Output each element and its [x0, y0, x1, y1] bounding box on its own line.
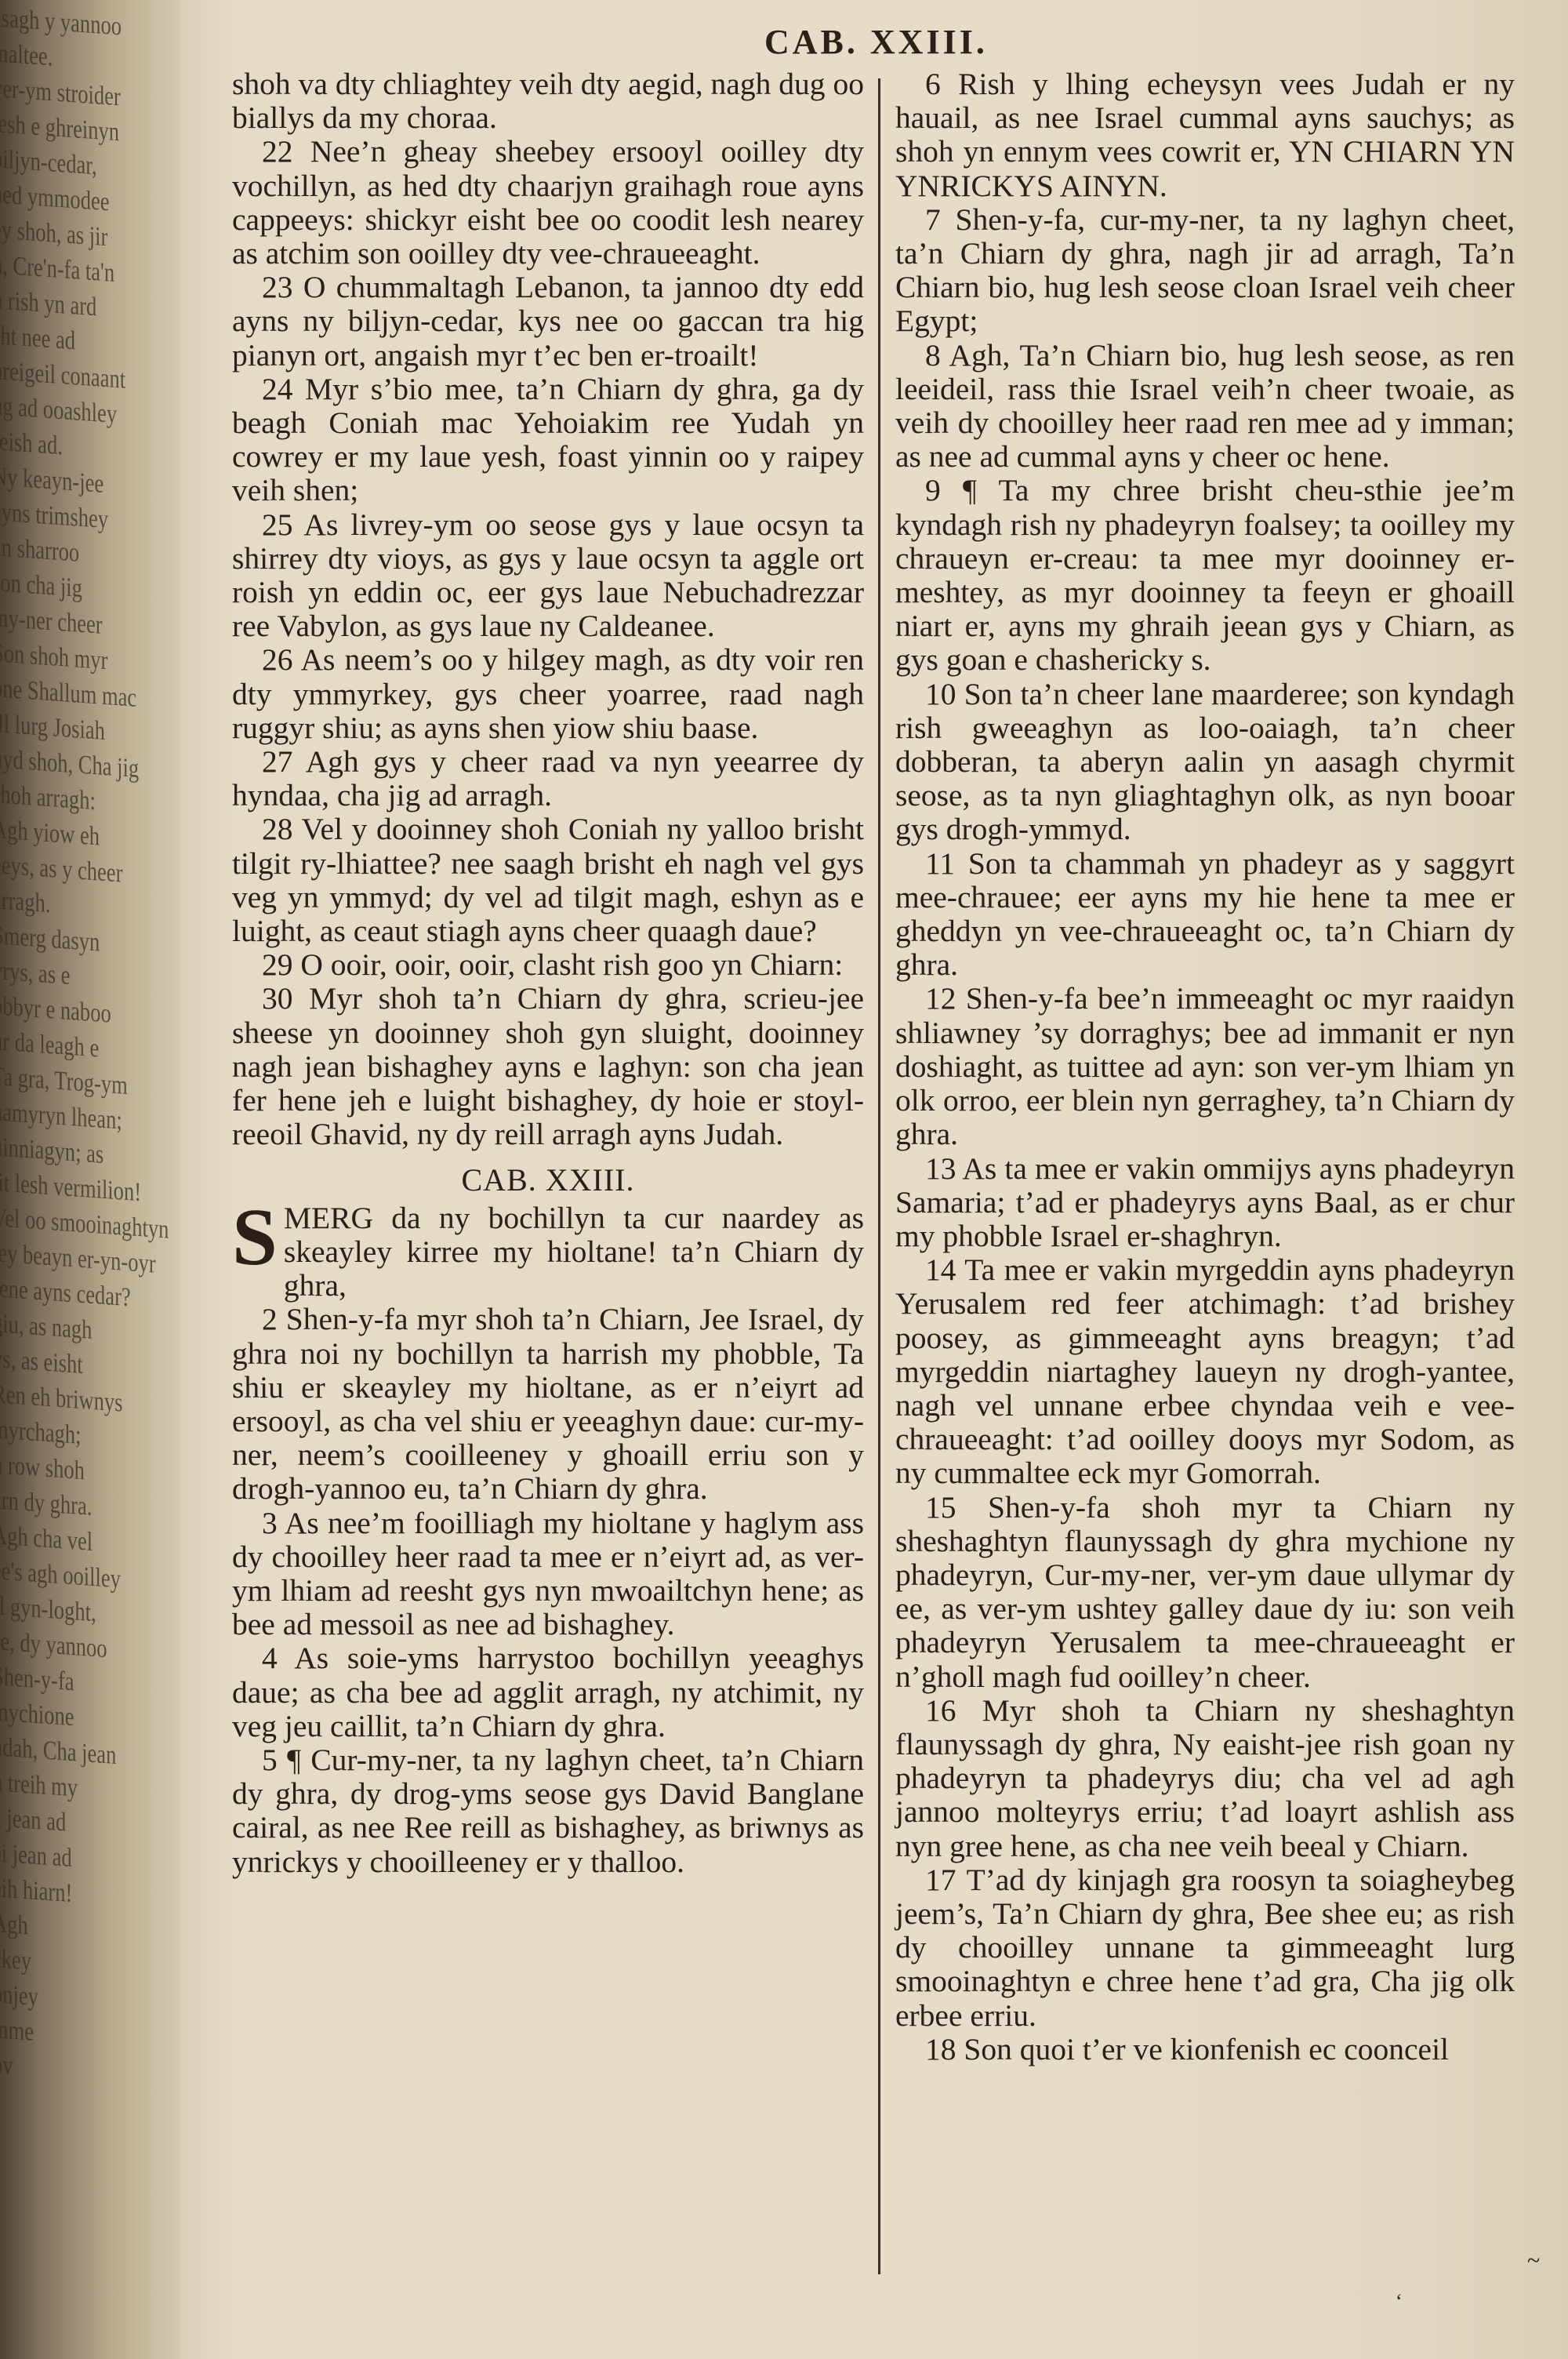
verse-number: 27 [262, 744, 293, 779]
verse-text: Ta mee er vakin myrgeddin ayns phadeyryn… [895, 1252, 1515, 1490]
verse-number: 8 [925, 338, 941, 373]
verse-text: Myr shoh ta’n Chiarn dy ghra, scrieu-jee… [232, 981, 864, 1151]
verse-text: MERG da ny bochillyn ta cur naardey as s… [284, 1201, 864, 1303]
verse: 26 As neem’s oo y hilgey magh, as dty vo… [232, 643, 864, 745]
verse-number: 24 [262, 372, 293, 406]
verse-text: As ta mee er vakin ommijys ayns phadeyry… [895, 1151, 1515, 1253]
verse-number: 26 [262, 642, 293, 677]
verse-text: As nee’m fooilliagh my hioltane y haglym… [232, 1506, 864, 1642]
verse-continuation: shoh va dty chliaghtey veih dty aegid, n… [232, 67, 864, 135]
verse-number: 9 [925, 473, 941, 507]
verse: 18 Son quoi t’er ve kionfenish ec coonce… [895, 2033, 1515, 2066]
verse: 27 Agh gys y cheer raad va nyn yeearree … [232, 745, 864, 812]
verse-number: 18 [925, 2032, 956, 2066]
verse-number: 23 [262, 270, 293, 304]
verse: 17 T’ad dy kinjagh gra roosyn ta soiaghe… [895, 1863, 1515, 2033]
verse-number: 12 [925, 981, 956, 1016]
verse-number: 4 [262, 1641, 278, 1675]
verse-text: Rish y lhing echeysyn vees Judah er ny h… [895, 67, 1515, 203]
verse: 3 As nee’m fooilliagh my hioltane y hagl… [232, 1507, 864, 1642]
verse-text: Son ta’n cheer lane maarderee; son kynda… [895, 677, 1515, 847]
drop-cap: S [232, 1205, 278, 1270]
verse-number: 10 [925, 677, 956, 711]
page-blemish: ‘ [1396, 2290, 1403, 2314]
verse: 8 Agh, Ta’n Chiarn bio, hug lesh seose, … [895, 339, 1515, 474]
verse: 25 As livrey-ym oo seose gys y laue ocsy… [232, 508, 864, 644]
verse-number: 15 [925, 1490, 956, 1525]
facing-page-text: asagh y yannoomaltee.ver-ym stroiderlesh… [0, 0, 139, 2092]
verse-number: 14 [925, 1252, 956, 1287]
verse-text: Son ta chammah yn phadeyr as y saggyrt m… [895, 846, 1515, 983]
verse: 28 Vel y dooinney shoh Coniah ny yalloo … [232, 812, 864, 948]
verse-number: 30 [262, 981, 293, 1016]
verse: 5 ¶ Cur-my-ner, ta ny laghyn cheet, ta’n… [232, 1743, 864, 1879]
verse-text: As livrey-ym oo seose gys y laue ocsyn t… [232, 507, 864, 644]
verse: 4 As soie-yms harrystoo bochillyn yeeagh… [232, 1641, 864, 1743]
verse-text: Myr shoh ta Chiarn ny sheshaghtyn flauny… [895, 1693, 1515, 1863]
right-column: 6 Rish y lhing echeysyn vees Judah er ny… [895, 67, 1515, 2066]
verse: 24 Myr s’bio mee, ta’n Chiarn dy ghra, g… [232, 373, 864, 508]
verse-number: 25 [262, 507, 293, 542]
verse-text: Nee’n gheay sheebey ersooyl ooilley dty … [232, 134, 864, 271]
verse-text: As soie-yms harrystoo bochillyn yeeaghys… [232, 1641, 864, 1743]
verse: 7 Shen-y-fa, cur-my-ner, ta ny laghyn ch… [895, 203, 1515, 339]
verse-text: Agh gys y cheer raad va nyn yeearree dy … [232, 744, 864, 812]
verse: 22 Nee’n gheay sheebey ersooyl ooilley d… [232, 135, 864, 271]
verse-number: 3 [262, 1506, 278, 1540]
verse-number: 5 [262, 1743, 278, 1777]
verse: 12 Shen-y-fa bee’n immeeaght oc myr raai… [895, 982, 1515, 1151]
verse: 2 Shen-y-fa myr shoh ta’n Chiarn, Jee Is… [232, 1303, 864, 1506]
verse-number: 13 [925, 1151, 956, 1186]
verse-number: 29 [262, 947, 293, 982]
verse-text: Shen-y-fa, cur-my-ner, ta ny laghyn chee… [895, 202, 1515, 339]
verse-text: Vel y dooinney shoh Coniah ny yalloo bri… [232, 812, 864, 948]
verse: 29 O ooir, ooir, ooir, clasht rish goo y… [232, 948, 864, 982]
verse-text: Agh, Ta’n Chiarn bio, hug lesh seose, as… [895, 338, 1515, 474]
verse-text: Son quoi t’er ve kionfenish ec coonceil [964, 2032, 1449, 2066]
verse-number: 16 [925, 1693, 956, 1728]
verse: 15 Shen-y-fa shoh myr ta Chiarn ny shesh… [895, 1491, 1515, 1694]
verse: 23 O chummaltagh Lebanon, ta jannoo dty … [232, 271, 864, 373]
running-head: CAB. XXIII. [764, 22, 988, 62]
chapter-heading: CAB. XXIII. [232, 1163, 864, 1197]
verse-number: 22 [262, 134, 293, 169]
verse: 14 Ta mee er vakin myrgeddin ayns phadey… [895, 1253, 1515, 1490]
verse: 13 As ta mee er vakin ommijys ayns phade… [895, 1152, 1515, 1254]
verse-number: 17 [925, 1863, 956, 1897]
margin-mark: ~ [1527, 2248, 1540, 2274]
verse: 9 ¶ Ta my chree brisht cheu-sthie jee’m … [895, 474, 1515, 677]
verse-number: 28 [262, 812, 293, 846]
verse-text: Shen-y-fa myr shoh ta’n Chiarn, Jee Isra… [232, 1302, 864, 1506]
verse-number: 11 [925, 846, 955, 881]
verse-number: 2 [262, 1302, 278, 1336]
verse-text: O ooir, ooir, ooir, clasht rish goo yn C… [300, 947, 843, 982]
left-column: shoh va dty chliaghtey veih dty aegid, n… [232, 67, 864, 1879]
verse: 30 Myr shoh ta’n Chiarn dy ghra, scrieu-… [232, 982, 864, 1151]
verse-text: Shen-y-fa bee’n immeeaght oc myr raaidyn… [895, 981, 1515, 1151]
facing-page-gutter: asagh y yannoomaltee.ver-ym stroiderlesh… [0, 0, 180, 2359]
chapter-opening-verse: SMERG da ny bochillyn ta cur naardey as … [232, 1201, 864, 1303]
verse-number: 6 [925, 67, 941, 101]
verse-text: Shen-y-fa shoh myr ta Chiarn ny sheshagh… [895, 1490, 1515, 1694]
verse-text: As neem’s oo y hilgey magh, as dty voir … [232, 642, 864, 744]
verse-text: ¶ Cur-my-ner, ta ny laghyn cheet, ta’n C… [232, 1743, 864, 1879]
verse: 10 Son ta’n cheer lane maarderee; son ky… [895, 678, 1515, 847]
verse-text: ¶ Ta my chree brisht cheu-sthie jee’m ky… [895, 473, 1515, 677]
column-rule [878, 78, 880, 2274]
verse-text: T’ad dy kinjagh gra roosyn ta soiagheybe… [895, 1863, 1515, 2033]
verse-text: Myr s’bio mee, ta’n Chiarn dy ghra, ga d… [232, 372, 864, 508]
verse: 16 Myr shoh ta Chiarn ny sheshaghtyn fla… [895, 1694, 1515, 1863]
verse-number: 7 [925, 202, 941, 237]
verse-text: O chummaltagh Lebanon, ta jannoo dty edd… [232, 270, 864, 372]
verse: 6 Rish y lhing echeysyn vees Judah er ny… [895, 67, 1515, 203]
verse: 11 Son ta chammah yn phadeyr as y saggyr… [895, 847, 1515, 983]
